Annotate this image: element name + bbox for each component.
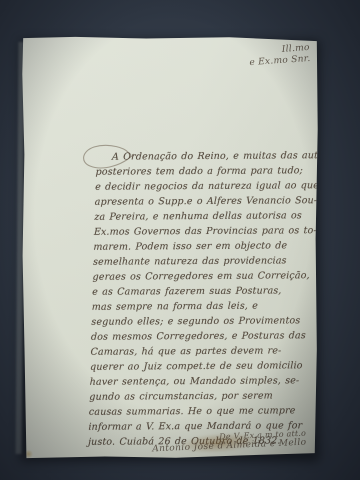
handwriting-line: geraes os Corregedores em sua Correição,: [92, 268, 308, 285]
handwriting-line: gundo as circumstancias, por serem: [89, 388, 305, 405]
handwriting-line: Camaras, há que as partes devem re-: [90, 343, 306, 360]
manuscript-paper: Ill.moe Ex.mo Snr. A Ordenação do Reino,…: [22, 36, 318, 459]
handwriting-line: semelhante natureza das providencias: [93, 253, 309, 270]
handwriting-line: posteriores tem dado a forma para tudo;: [95, 163, 311, 180]
handwriting-line: A Ordenação do Reino, e muitas das auth.: [96, 148, 312, 165]
handwriting-line: haver sentença, ou Mandado simples, se-: [89, 373, 305, 390]
handwriting-line: dos mesmos Corregedores, e Posturas das: [91, 328, 307, 345]
handwriting-line: e decidir negocios da natureza igual ao …: [95, 178, 311, 195]
handwriting-line: causas summarias. He o que me cumpre: [89, 403, 305, 420]
handwriting-line: apresenta o Supp.e o Alferes Venancio So…: [95, 193, 311, 210]
handwriting-line: za Pereira, e nenhuma dellas autorisa os: [94, 208, 310, 225]
handwriting-line: e as Camaras fazerem suas Posturas,: [92, 283, 308, 300]
handwriting-line: segundo elles; e segundo os Provimentos: [91, 313, 307, 330]
handwriting-line: marem. Podem isso ser em objecto de: [93, 238, 309, 255]
salutation: Ill.moe Ex.mo Snr.: [248, 43, 311, 69]
handwriting-line: querer ao Juiz compet.te de seu domicili…: [90, 358, 306, 375]
handwriting-line: Ex.mos Governos das Provincias para os t…: [94, 223, 310, 240]
manuscript-photo: Ill.moe Ex.mo Snr. A Ordenação do Reino,…: [0, 0, 360, 480]
handwriting-line: mas sempre na forma das leis, e: [92, 298, 308, 315]
letter-body: A Ordenação do Reino, e muitas das auth.…: [88, 148, 312, 450]
